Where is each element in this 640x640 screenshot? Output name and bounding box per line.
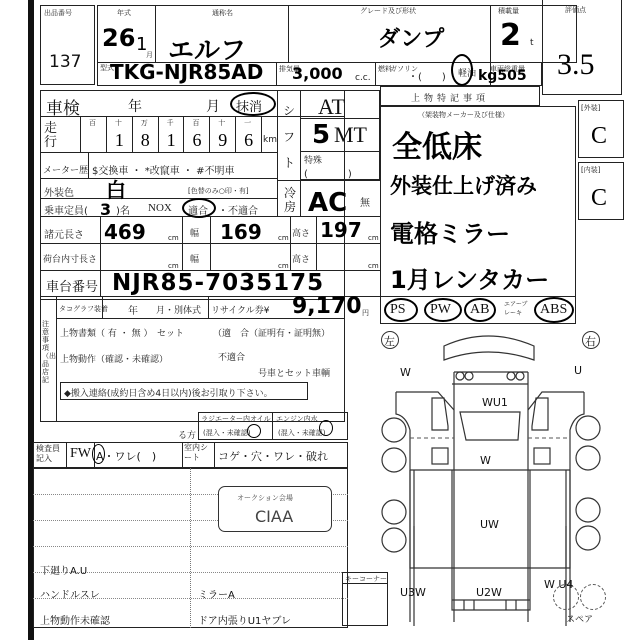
chassis-value: NJR85-7035175 [112,270,324,296]
capacity-label: 積載量 [498,6,519,16]
mark-front: W [480,454,491,467]
tacho-label: タコグラフ装着 [59,304,108,314]
capacity-unit: t [530,38,534,48]
recycle-value: 9,170 [292,294,362,319]
aircon-none: 無 [360,194,370,209]
shaken-year-unit: 年 [128,96,142,116]
auction-stamp: オークション会場 CIAA [218,486,332,532]
lot-label: 出品番号 [44,8,72,18]
color-label: 外装色 [44,184,74,199]
shift-special-paren: ( ) [304,165,352,180]
dims-width: 169 [220,220,262,244]
equipment-row: PS PW AB エアーブレーキ ABS [380,296,576,324]
bed-height-unit: cm [368,262,379,270]
lot-box: 出品番号 137 [40,5,95,85]
notes-docs: 上物書類（ 有 ・ 無 ） セット [60,326,184,339]
vehicle-diagram-rear: UW U3W U2W W U4 スペア キーコーナー [348,470,628,640]
color-value: 白 [106,174,126,203]
fluids-prefix: る方 [178,428,196,441]
mark-rear-right: W U4 [544,578,573,591]
dims-height-unit: cm [368,234,379,242]
displacement-value: 3,000 [292,64,343,83]
engine-label: エンジン内水 [276,414,318,424]
notes-set-vehicle: 号車とセット車輌 [258,366,330,379]
seat-options: コゲ・穴・ワレ・破れ [218,448,328,464]
inspector-label: 検査員記入 [36,444,62,464]
mark-front-left: W [400,366,411,379]
dims-width-label: 幅 [190,226,199,239]
feature-line-4: 1月レンタカー [390,260,549,295]
notes-side-label: 注意事項（出品店記 [42,320,52,384]
capacity-people-label: 乗車定員( [44,202,88,217]
features-header-box: 上物特記事項 [380,86,540,106]
shaken-label: 車検 [46,94,80,119]
mileage-label: 走行 [44,122,58,150]
exterior-label: [外装] [581,103,600,113]
capacity-people-unit: )名 [116,202,130,217]
radiator-label: ラジエーター内オイル [201,414,271,424]
name-label: 通称名 [212,8,233,18]
aircon-value: AC [308,188,347,218]
bed-length-unit: cm [168,262,179,270]
notes-unfit: 不適合 [218,350,245,363]
lot-number: 137 [49,52,81,72]
interior-grade-box: [内装] C [578,162,624,220]
grade-label: グレード及び形状 [360,6,416,16]
nox-circle [182,198,216,218]
gvw-value: kg505 [478,68,527,84]
fw-label: FW [70,446,91,462]
fuel-paren: ・( ) [408,68,446,83]
interior-grade: C [591,185,607,212]
remark-right-2: ミラーA [198,586,235,601]
dims-height-label: 高さ [292,226,310,239]
bed-width-unit: cm [278,262,289,270]
spare-label: スペア [566,612,593,625]
radiator-circle [247,424,261,438]
recycle-unit: 円 [362,308,369,318]
stamp-line2: CIAA [255,507,293,526]
dims-length: 469 [104,220,146,244]
month-unit: 月 [146,50,153,60]
shaken-circle [230,92,276,116]
nox-label: NOX [148,202,172,214]
recycle-label: リサイクル券¥ [211,303,269,316]
mark-bed: UW [480,518,499,531]
remark-left-1: 下廻りA.U [40,562,87,577]
mark-rear: U2W [476,586,502,599]
mark-front-right: U [574,364,582,377]
features-sub: （架装物メーカー及び仕様） [418,110,509,120]
tacho-month-unit: 月・別体式 [156,303,201,316]
grade-value: ダンプ [378,22,444,53]
tacho-year-unit: 年 [128,302,138,317]
mileage-digits: 百 十1 万8 千1 百6 十9 一6 [80,116,262,152]
shift-mt-value: 5 [312,120,330,150]
exterior-grade: C [591,123,607,150]
chassis-label: 車台番号 [46,276,98,295]
shift-mt: MT [334,122,367,148]
seat-label: 室内シート [184,443,212,463]
shift-at: AT [318,94,345,120]
shift-label: シフト [283,98,295,176]
dims-length-unit: cm [168,234,179,242]
displacement-unit: c.c. [355,73,371,83]
remark-right-3: ドア内張りU1ヤブレ [198,612,291,627]
notice-box: ◆搬入連絡(成約日含め4日以内)後お引取り下さい。 [60,382,308,400]
key-corner-box: キーコーナー [342,572,388,626]
stamp-line1: オークション会場 [237,493,293,503]
score-value: 3.5 [557,48,595,82]
shaken-month-unit: 月 [206,96,220,116]
feature-line-2: 外装仕上げ済み [390,170,537,200]
color-change: [色替のみ○印・有] [188,186,249,196]
notes-operation: 上物動作（確認・未確認） [60,352,168,365]
meter-label: メーター歴 [43,163,88,176]
interior-label: [内装] [581,165,600,175]
dims-width-unit: cm [278,234,289,242]
fuel-circle [451,54,473,86]
capacity-value: 2 [500,18,521,53]
features-header: 上物特記事項 [411,91,489,104]
score-label: 評価点 [565,5,586,15]
aircon-label: 冷房 [284,186,297,214]
mark-rear-left: U3W [400,586,426,599]
exterior-grade-box: [外装] C [578,100,624,158]
radiator-options: (混入・未確認) [203,428,250,438]
remark-left-3: 上物動作未確認 [40,612,110,627]
mileage-unit: km [263,135,277,145]
bed-height-label: 高さ [292,252,310,265]
capacity-people-value: 3 [100,200,111,219]
remark-left-2: ハンドルスレ [40,586,100,601]
score-box: 評価点 3.5 [542,0,622,95]
year-label: 年式 [117,8,131,18]
equip-airbrake: エアーブレーキ [504,300,532,318]
bed-label: 荷台内寸長さ [43,252,97,265]
model-value: TKG-NJR85AD [110,60,263,84]
engine-circle [319,420,333,436]
notes-fit: （適 合（証明有・証明無） [213,326,330,339]
dims-height: 197 [320,218,362,242]
dims-label: 諸元長さ [44,226,84,241]
fw-options: A・ワレ( ) [96,448,156,464]
year-value: 26 [102,24,135,52]
feature-line-1: 全低床 [392,122,482,166]
bed-width-label: 幅 [190,252,199,265]
mark-windshield: WU1 [482,396,508,409]
notice-text: ◆搬入連絡(成約日含め4日以内)後お引取り下さい。 [64,386,273,399]
fw-circle [92,444,105,464]
feature-line-3: 電格ミラー [390,214,510,249]
nox-other: ・不適合 [218,202,258,217]
